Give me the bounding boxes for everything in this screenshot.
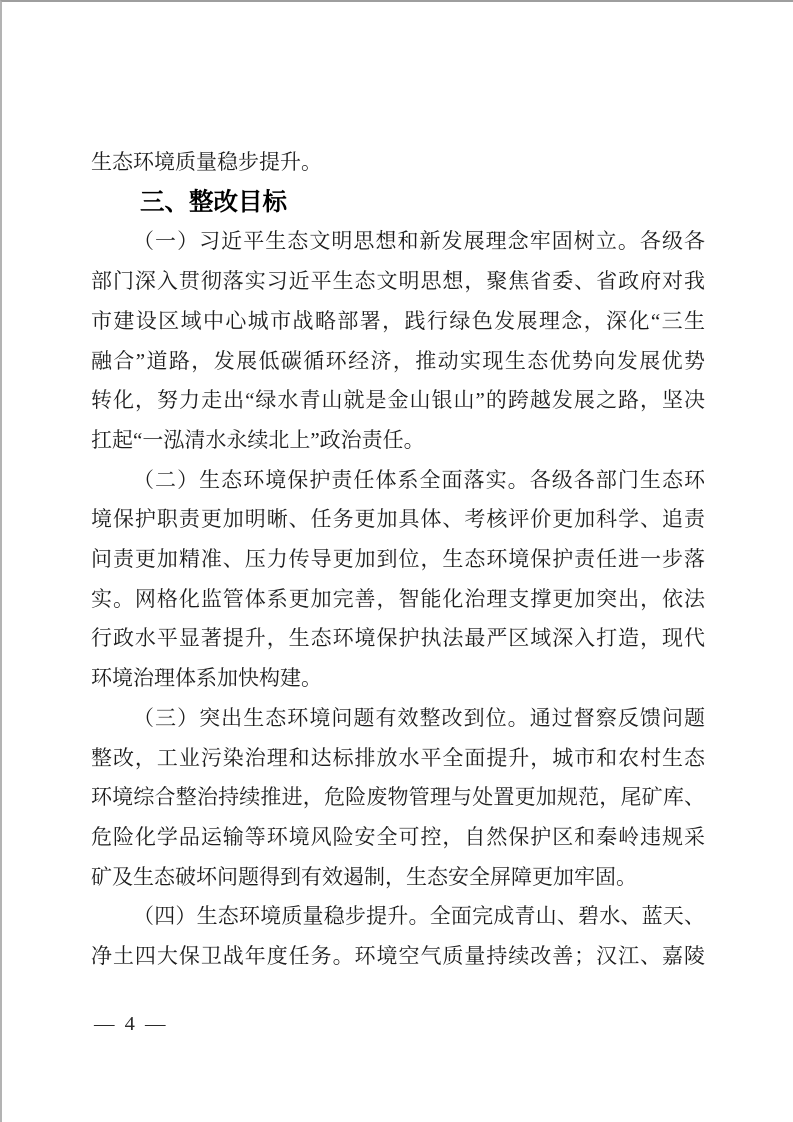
page-number: — 4 — <box>94 1011 168 1037</box>
body-line: 转化，努力走出“绿水青山就是金山银山”的跨越发展之路，坚决 <box>91 381 705 421</box>
body-line: 行政水平显著提升，生态环境保护执法最严区域深入打造，现代 <box>91 619 705 659</box>
body-line: 境保护职责更加明晰、任务更加具体、考核评价更加科学、追责 <box>91 500 705 540</box>
body-line: 矿及生态破坏问题得到有效遏制，生态安全屏障更加牢固。 <box>91 858 705 898</box>
body-line: 实。网格化监管体系更加完善，智能化治理支撑更加突出，依法 <box>91 580 705 620</box>
body-line: （三）突出生态环境问题有效整改到位。通过督察反馈问题 <box>91 699 705 739</box>
document-page: 生态环境质量稳步提升。 三、整改目标 （一）习近平生态文明思想和新发展理念牢固树… <box>0 0 793 1122</box>
body-line: 危险化学品运输等环境风险安全可控，自然保护区和秦岭违规采 <box>91 818 705 858</box>
paragraph-continuation-line: 生态环境质量稳步提升。 <box>91 143 705 183</box>
body-line: 市建设区域中心城市战略部署，践行绿色发展理念，深化“三生 <box>91 302 705 342</box>
body-line: 环境综合整治持续推进，危险废物管理与处置更加规范，尾矿库、 <box>91 778 705 818</box>
body-line: 整改，工业污染治理和达标排放水平全面提升，城市和农村生态 <box>91 739 705 779</box>
body-line: （一）习近平生态文明思想和新发展理念牢固树立。各级各 <box>91 222 705 262</box>
body-line: 部门深入贯彻落实习近平生态文明思想，聚焦省委、省政府对我 <box>91 262 705 302</box>
section-heading: 三、整改目标 <box>91 183 705 223</box>
body-line: （四）生态环境质量稳步提升。全面完成青山、碧水、蓝天、 <box>91 897 705 937</box>
body-line: 环境治理体系加快构建。 <box>91 659 705 699</box>
document-body: 生态环境质量稳步提升。 三、整改目标 （一）习近平生态文明思想和新发展理念牢固树… <box>91 143 705 977</box>
body-line: 融合”道路，发展低碳循环经济，推动实现生态优势向发展优势 <box>91 342 705 382</box>
body-line: 净土四大保卫战年度任务。环境空气质量持续改善；汉江、嘉陵 <box>91 937 705 977</box>
body-line: 问责更加精准、压力传导更加到位，生态环境保护责任进一步落 <box>91 540 705 580</box>
body-line: 扛起“一泓清水永续北上”政治责任。 <box>91 421 705 461</box>
body-line: （二）生态环境保护责任体系全面落实。各级各部门生态环 <box>91 461 705 501</box>
